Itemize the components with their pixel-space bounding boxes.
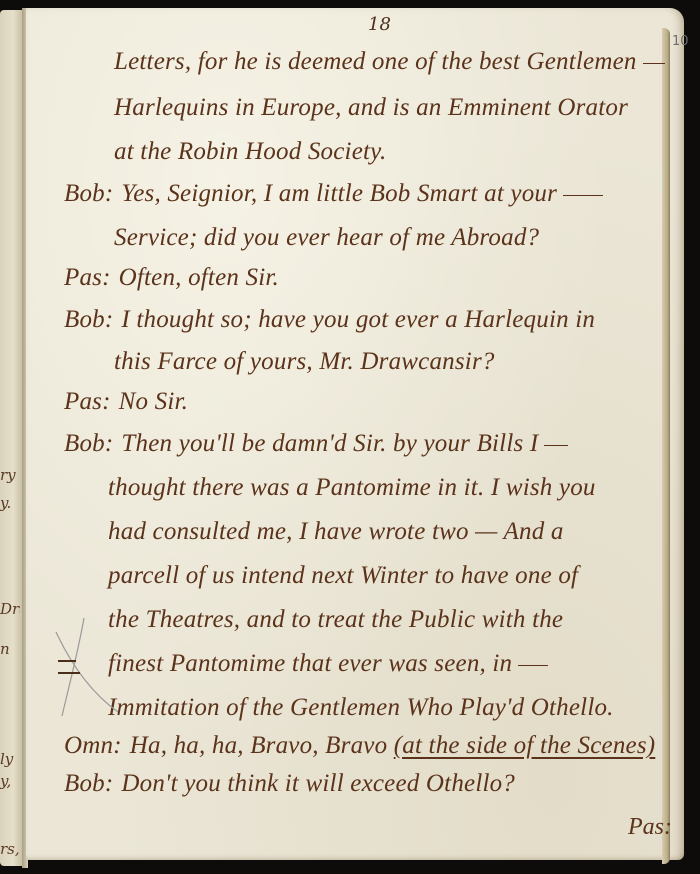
text-line: had consulted me, I have wrote two — And… [108, 518, 564, 546]
page-number: 18 [368, 14, 391, 35]
line-text: Ha, ha, ha, Bravo, Bravo [130, 732, 388, 759]
line-text: No Sir. [119, 388, 188, 415]
facing-page-fragment: Dra [0, 600, 20, 618]
line-text: Then you'll be damn'd Sir. by your Bills… [121, 430, 538, 457]
dialogue-line: Pas:Often, often Sir. [64, 264, 279, 292]
facing-page-fragment: ry [0, 466, 20, 484]
speaker-label: Bob: [64, 430, 113, 457]
manuscript-page: 18 10 Letters, for he is deemed one of t… [26, 8, 684, 860]
dialogue-line: Omn:Ha, ha, ha, Bravo, Bravo (at the sid… [64, 732, 655, 760]
text-line: at the Robin Hood Society. [114, 138, 387, 166]
dialogue-line: Pas:No Sir. [64, 388, 188, 416]
line-text: at the Robin Hood Society. [114, 138, 387, 165]
text-line: Harlequins in Europe, and is an Emminent… [114, 94, 628, 122]
line-text: this Farce of yours, Mr. Drawcansir? [114, 348, 495, 375]
text-line: finest Pantomime that ever was seen, in [108, 650, 548, 678]
line-text: Service; did you ever hear of me Abroad? [114, 224, 539, 251]
page-edge [662, 28, 670, 864]
line-text: thought there was a Pantomime in it. I w… [108, 474, 596, 501]
text-line: parcell of us intend next Winter to have… [108, 562, 578, 590]
line-text: Letters, for he is deemed one of the bes… [114, 48, 637, 75]
margin-tally-mark [58, 672, 80, 674]
facing-page-edge: ry y. Dra n ly y, rs, [0, 10, 22, 866]
facing-page-fragment: rs, [0, 840, 20, 858]
speaker-label: Pas: [64, 264, 111, 291]
line-text: Don't you think it will exceed Othello? [121, 770, 515, 797]
text-line: the Theatres, and to treat the Public wi… [108, 606, 563, 634]
line-text: Harlequins in Europe, and is an Emminent… [114, 94, 628, 121]
facing-page-fragment: y, [0, 772, 20, 790]
line-text: Often, often Sir. [119, 264, 279, 291]
speaker-label: Bob: [64, 180, 113, 207]
facing-page-fragment: y. [0, 494, 20, 512]
line-flourish [544, 445, 568, 447]
speaker-label: Bob: [64, 770, 113, 797]
line-text: I thought so; have you got ever a Harleq… [121, 306, 595, 333]
pencil-x-mark-icon [40, 612, 120, 722]
text-line: Immitation of the Gentlemen Who Play'd O… [108, 694, 614, 722]
facing-page-fragment: n [0, 640, 20, 658]
catchword: Pas: [628, 814, 672, 841]
text-line: Service; did you ever hear of me Abroad? [114, 224, 539, 252]
line-text: had consulted me, I have wrote two — And… [108, 518, 564, 545]
line-text: Yes, Seignior, I am little Bob Smart at … [121, 180, 557, 207]
dialogue-line: Bob:Then you'll be damn'd Sir. by your B… [64, 430, 568, 458]
line-flourish [518, 665, 548, 667]
line-text: Immitation of the Gentlemen Who Play'd O… [108, 694, 614, 721]
speaker-label: Bob: [64, 306, 113, 333]
line-text: parcell of us intend next Winter to have… [108, 562, 578, 589]
margin-tally-mark [58, 660, 76, 662]
dialogue-line: Bob:Don't you think it will exceed Othel… [64, 770, 515, 798]
speaker-label: Pas: [64, 388, 111, 415]
line-text: finest Pantomime that ever was seen, in [108, 650, 512, 677]
text-line: this Farce of yours, Mr. Drawcansir? [114, 348, 495, 376]
text-line: thought there was a Pantomime in it. I w… [108, 474, 596, 502]
stage-direction: (at the side of the Scenes) [394, 732, 656, 759]
facing-page-fragment: ly [0, 750, 20, 768]
dialogue-line: Bob:I thought so; have you got ever a Ha… [64, 306, 595, 334]
text-line: Letters, for he is deemed one of the bes… [114, 48, 665, 76]
speaker-label: Omn: [64, 732, 122, 759]
line-flourish [563, 195, 603, 197]
dialogue-line: Bob:Yes, Seignior, I am little Bob Smart… [64, 180, 603, 208]
line-flourish [643, 63, 665, 65]
line-text: the Theatres, and to treat the Public wi… [108, 606, 563, 633]
folio-number: 10 [672, 34, 689, 49]
